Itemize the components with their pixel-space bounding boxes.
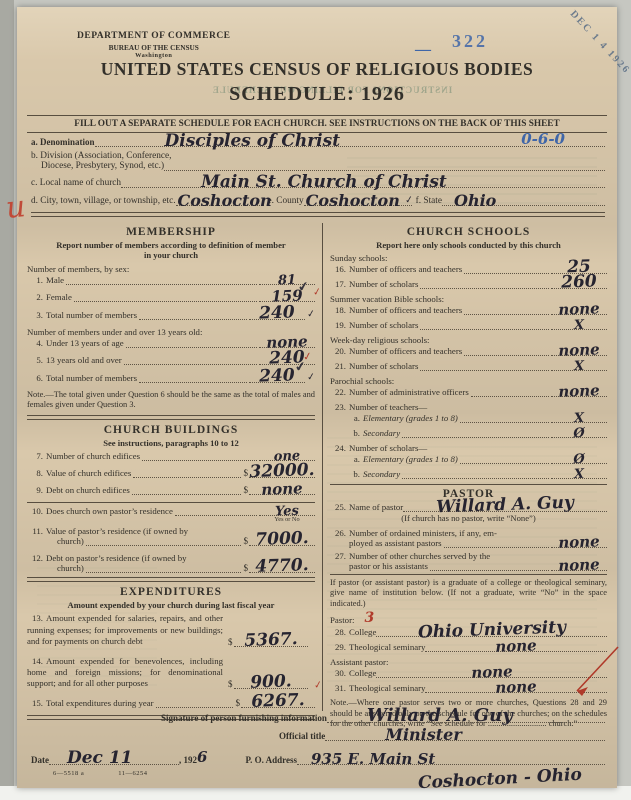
q5-row: 5. 13 years old and over 240 [27, 355, 315, 365]
dollar-sign: $ [244, 468, 249, 478]
q24b-row: b. Secondary X [330, 469, 607, 479]
q14-row: 14. Amount expended for benevolences, in… [27, 656, 315, 690]
dotted-leader [460, 461, 549, 464]
dotted-leader [132, 492, 241, 495]
po-address-value: 935 E. Main St [311, 752, 435, 767]
q19-answer: X [574, 319, 585, 332]
q24b-answer-line: X [551, 476, 607, 479]
q12-label: Debt on pastor’s residence (if owned by [46, 553, 187, 563]
q13-answer: 5367. [244, 631, 298, 650]
field-location-line: d. City, town, village, or township, etc… [31, 196, 605, 206]
q1-answer-line: 81 [259, 282, 315, 285]
q9-number: 9. [27, 485, 43, 495]
q25-number: 25. [330, 502, 346, 512]
q16-label: Number of officers and teachers [349, 264, 462, 274]
q15-label: Total expenditures during year [46, 698, 154, 708]
form-title: UNITED STATES CENSUS OF RELIGIOUS BODIES [17, 59, 617, 80]
dotted-leader [471, 394, 549, 397]
q15-row: 15. Total expenditures during year $ 626… [27, 698, 315, 708]
q31-answer: none [495, 679, 537, 695]
expenditures-subtitle: Amount expended by your church during la… [31, 600, 311, 610]
q20-answer: none [558, 343, 600, 359]
q23a-label: Elementary (grades 1 to 8) [363, 413, 458, 423]
q22-number: 22. [330, 387, 346, 397]
q14-answer-box: 900. [234, 686, 308, 689]
q3-number: 3. [27, 310, 43, 320]
sunday-schools-heading: Sunday schools: [330, 253, 607, 263]
q11-label: Value of pastor’s residence (if owned by [46, 526, 188, 536]
dotted-leader [86, 543, 241, 546]
q23b-number: b. [330, 428, 360, 438]
membership-subtitle: Report number of members according to de… [56, 240, 286, 261]
q29-label: Theological seminary [349, 642, 425, 652]
q1-number: 1. [27, 275, 43, 285]
q31-label: Theological seminary [349, 683, 425, 693]
q13-label: Amount expended for salaries, repairs, a… [27, 613, 223, 646]
q23b-answer-line: Ø [551, 435, 607, 438]
q21-label: Number of scholars [349, 361, 418, 371]
q22-answer-line: none [551, 394, 607, 397]
q27-row: 27. Number of other churches served by t… [330, 551, 607, 571]
q10-number: 10. [27, 506, 43, 516]
q10-answer-line: Yes Yes or No [259, 513, 315, 516]
dotted-leader [66, 282, 257, 285]
q18-number: 18. [330, 305, 346, 315]
q19-number: 19. [330, 320, 346, 330]
q20-label: Number of officers and teachers [349, 346, 462, 356]
q11-answer: 7000. [255, 530, 309, 549]
dotted-leader [175, 513, 257, 516]
q23b-answer: Ø [573, 427, 585, 440]
dotted-leader [142, 458, 257, 461]
q1-label: Male [46, 275, 64, 285]
q24a-answer-line: Ø [551, 461, 607, 464]
q9-label: Debt on church edifices [46, 485, 130, 495]
county-check-mark: ✓ [405, 194, 415, 206]
dotted-leader [74, 299, 257, 302]
form-body-columns: MEMBERSHIP Report number of members acco… [27, 223, 607, 711]
photo-edge [0, 786, 631, 800]
schools-title: CHURCH SCHOOLS [330, 226, 607, 238]
q8-number: 8. [27, 468, 43, 478]
q6-answer: 240 [259, 367, 295, 385]
q26-answer-line: none [551, 545, 607, 548]
county-value: Coshocton [306, 193, 400, 209]
members-by-sex-heading: Number of members, by sex: [27, 264, 315, 274]
right-column: CHURCH SCHOOLS Report here only schools … [323, 223, 607, 711]
dotted-leader [464, 312, 549, 315]
q3-check-mark: ✓ [306, 308, 316, 320]
denomination-value: Disciples of Christ [165, 133, 341, 150]
dotted-leader [464, 271, 549, 274]
q26-answer: none [558, 534, 600, 550]
q8-label: Value of church edifices [46, 468, 131, 478]
q7-label: Number of church edifices [46, 451, 140, 461]
q17-label: Number of scholars [349, 279, 418, 289]
q6-number: 6. [27, 373, 43, 383]
q21-answer-line: X [551, 368, 607, 371]
q21-number: 21. [330, 361, 346, 371]
q23-label: Number of teachers— [349, 402, 427, 412]
q5-label: 13 years old and over [46, 355, 122, 365]
q11-answer-line: 7000. [249, 543, 315, 546]
red-pencil-3: 3 [364, 611, 374, 625]
q13-number: 13. [27, 613, 43, 624]
q29-answer: none [495, 638, 537, 654]
q6-check-mark: ✓ [306, 371, 316, 383]
signature-line: Willard A. Guy [327, 719, 605, 723]
q24a-answer: Ø [573, 453, 585, 466]
q27-answer-line: none [551, 568, 607, 571]
q3-answer: 240 [259, 304, 295, 322]
division-label-line2: Diocese, Presbytery, Synod, etc.) [41, 161, 164, 171]
dotted-leader [420, 327, 549, 330]
dotted-leader [444, 545, 549, 548]
denomination-answer-line: Disciples of Christ 0-6-0 [95, 143, 605, 147]
q9-answer: none [261, 481, 303, 497]
dotted-leader [430, 568, 549, 571]
dollar-sign: $ [244, 536, 249, 546]
dotted-leader [464, 353, 549, 356]
q3-row: 3. Total number of members 240 ✓ [27, 309, 315, 320]
q19-answer-line: X [551, 327, 607, 330]
q14-answer-line: $ 900. [227, 679, 315, 689]
q9-row: 9. Debt on church edifices $ none [27, 485, 315, 495]
dotted-leader [420, 368, 549, 371]
signature-row: Signature of person furnishing informati… [31, 713, 605, 723]
q14-label: Amount expended for benevolences, includ… [27, 656, 223, 689]
po-address-label: P. O. Address [245, 755, 297, 765]
q23a-number: a. [330, 413, 360, 423]
section-divider [27, 577, 315, 582]
q23b-row: b. Secondary Ø [330, 428, 607, 438]
form-schedule-year: SCHEDULE: 1926 [17, 83, 617, 106]
q12-number: 12. [27, 553, 43, 563]
q19-row: 19. Number of scholars X [330, 320, 607, 330]
q30-answer-line: none [376, 675, 607, 678]
printed-year: , 192 [179, 755, 197, 765]
expenditures-title: EXPENDITURES [27, 586, 315, 598]
q11-row: 11. Value of pastor’s residence (if owne… [27, 526, 315, 546]
q12-answer-line: 4770. [249, 570, 315, 573]
q17-answer: 260 [561, 274, 597, 292]
census-schedule-paper: INSTRUCTIONS FOR FILLING OUT SCHEDULE DE… [17, 7, 617, 788]
print-code: 11—6254 [118, 770, 147, 788]
state-answer-line: Ohio [442, 202, 605, 206]
buildings-title: CHURCH BUILDINGS [27, 424, 315, 436]
q1-row: 1. Male 81 [27, 275, 315, 285]
official-title-line: Minister [325, 737, 605, 741]
dotted-leader [139, 317, 247, 320]
q29-number: 29. [330, 642, 346, 652]
q21-answer: X [574, 360, 585, 373]
q20-number: 20. [330, 346, 346, 356]
q27-label: Number of other churches served by the [349, 551, 490, 561]
q28-answer-line: Ohio University [376, 634, 607, 637]
membership-title: MEMBERSHIP [27, 226, 315, 238]
church-name-value: Main St. Church of Christ [201, 174, 447, 191]
division-label-line1: b. Division (Association, Conference, [31, 151, 605, 161]
county-answer-line: Coshocton ✓ [304, 202, 412, 206]
q2-label: Female [46, 292, 72, 302]
q30-label: College [349, 668, 376, 678]
q25-answer-line: Willard A. Guy [403, 509, 607, 512]
date-value: Dec 11 [67, 750, 133, 767]
q12-label2: church) [57, 563, 84, 573]
q18-answer: none [558, 302, 600, 318]
q8-answer-line: 32000. [249, 475, 315, 478]
q28-label: College [349, 627, 376, 637]
q13-answer-line: $ 5367. [227, 637, 315, 647]
q17-answer-line: 260 [551, 286, 607, 289]
bureau-name: BUREAU OF THE CENSUS [77, 43, 231, 52]
q5-number: 5. [27, 355, 43, 365]
q30-row: 30. College none [330, 668, 607, 678]
date-line: Dec 11 [49, 761, 179, 765]
q3-answer-line: 240 [249, 317, 305, 320]
q28-answer: Ohio University [417, 620, 565, 642]
dollar-sign: $ [228, 679, 233, 689]
official-title-row: Official title Minister [31, 731, 605, 741]
footer-bottom-row: 6—5518 a 11—6254 Coshocton - Ohio [31, 769, 605, 788]
q23a-answer-line: X [551, 420, 607, 423]
q14-number: 14. [27, 656, 43, 667]
city-label: d. City, town, village, or township, etc… [31, 196, 176, 206]
section-divider [31, 212, 605, 217]
left-column: MEMBERSHIP Report number of members acco… [27, 223, 322, 711]
q25-label: Name of pastor [349, 502, 403, 512]
q27-answer: none [558, 557, 600, 573]
q15-answer-line: 6267. [241, 705, 315, 708]
q12-row: 12. Debt on pastor’s residence (if owned… [27, 553, 315, 573]
division-answer-line [164, 167, 605, 171]
q18-answer-line: none [551, 312, 607, 315]
q6-row: 6. Total number of members 240 ✓ [27, 372, 315, 383]
q6-label: Total number of members [46, 373, 137, 383]
q29-row: 29. Theological seminary none [330, 642, 607, 652]
dotted-leader [156, 705, 233, 708]
dotted-leader [420, 286, 549, 289]
photo-of-census-form: INSTRUCTIONS FOR FILLING OUT SCHEDULE DE… [0, 0, 631, 800]
official-title-label: Official title [279, 731, 325, 741]
q24-number: 24. [330, 443, 346, 453]
q8-row: 8. Value of church edifices $ 32000. [27, 468, 315, 478]
dotted-leader [402, 476, 549, 479]
q30-number: 30. [330, 668, 346, 678]
dotted-leader [139, 380, 247, 383]
membership-note: Note.—The total given under Question 6 s… [27, 390, 315, 411]
q22-answer: none [558, 384, 600, 400]
q29-answer-line: none [425, 649, 607, 652]
q5-answer-line: 240 [259, 362, 315, 365]
field-denomination: a. Denomination Disciples of Christ 0-6-… [31, 137, 605, 147]
q31-answer-line: none [425, 690, 607, 693]
dotted-leader [124, 362, 257, 365]
dollar-sign: $ [236, 698, 241, 708]
q24a-label: Elementary (grades 1 to 8) [363, 454, 458, 464]
dollar-sign: $ [228, 637, 233, 647]
q26-row: 26. Number of ordained ministers, if any… [330, 528, 607, 548]
q15-answer: 6267. [251, 692, 305, 711]
q7-number: 7. [27, 451, 43, 461]
date-address-row: Date Dec 11 , 192 6 P. O. Address 935 E.… [31, 750, 605, 765]
q21-row: 21. Number of scholars X [330, 361, 607, 371]
dotted-leader [460, 420, 549, 423]
q24-row: 24. Number of scholars— [330, 443, 607, 453]
dotted-leader [86, 570, 241, 573]
q20-answer-line: none [551, 353, 607, 356]
graduate-instruction: If pastor (or assistant pastor) is a gra… [330, 578, 607, 610]
q23a-row: a. Elementary (grades 1 to 8) X [330, 413, 607, 423]
pastor-heading: Pastor: [330, 615, 354, 625]
identification-fields: a. Denomination Disciples of Christ 0-6-… [31, 137, 605, 221]
date-label: Date [31, 755, 49, 765]
denomination-label: a. Denomination [31, 137, 95, 147]
church-name-answer-line: Main St. Church of Christ [121, 184, 605, 188]
schools-subtitle: Report here only schools conducted by th… [334, 240, 603, 250]
q9-answer-line: none [249, 492, 315, 495]
signature-label: Signature of person furnishing informati… [161, 713, 327, 723]
signature-value: Willard A. Guy [367, 707, 513, 725]
q24a-row: a. Elementary (grades 1 to 8) Ø [330, 454, 607, 464]
q8-answer: 32000. [249, 462, 315, 481]
q2-answer-line: 159 [259, 299, 315, 302]
q2-row: 2. Female 159 [27, 292, 315, 302]
q18-label: Number of officers and teachers [349, 305, 462, 315]
q14-answer: 900. [250, 673, 292, 691]
q24a-number: a. [330, 454, 360, 464]
q23-number: 23. [330, 402, 346, 412]
section-divider [27, 415, 315, 420]
subsection-rule [27, 502, 315, 503]
q6-answer-line: 240 [249, 380, 305, 383]
q10-row: 10. Does church own pastor’s residence Y… [27, 506, 315, 516]
q31-number: 31. [330, 683, 346, 693]
q3-label: Total number of members [46, 310, 137, 320]
q24b-number: b. [330, 469, 360, 479]
q7-row: 7. Number of church edifices one [27, 451, 315, 461]
q24-label: Number of scholars— [349, 443, 427, 453]
agency-block: DEPARTMENT OF COMMERCE BUREAU OF THE CEN… [77, 31, 231, 60]
page-number-stamp: 322 [452, 31, 488, 52]
q18-row: 18. Number of officers and teachers none [330, 305, 607, 315]
church-name-label: c. Local name of church [31, 178, 121, 188]
dotted-leader [126, 345, 257, 348]
q28-number: 28. [330, 627, 346, 637]
q1-answer: 81 [278, 273, 297, 287]
dollar-sign: $ [244, 563, 249, 573]
q26-label: Number of ordained ministers, if any, em… [349, 528, 497, 538]
subsection-rule [330, 484, 607, 485]
q19-label: Number of scholars [349, 320, 418, 330]
state-label: f. State [416, 196, 442, 206]
q11-number: 11. [27, 526, 43, 536]
city-answer-line: Coshocton [176, 202, 264, 206]
q22-label: Number of administrative officers [349, 387, 469, 397]
q13-answer-box: 5367. [234, 644, 308, 647]
field-church-name: c. Local name of church Main St. Church … [31, 178, 605, 188]
classification-code: 0-6-0 [521, 130, 565, 148]
q17-row: 17. Number of scholars 260 [330, 279, 607, 289]
department-name: DEPARTMENT OF COMMERCE [77, 31, 231, 43]
assistant-pastor-heading: Assistant pastor: [330, 657, 607, 667]
q13-row: 13. Amount expended for salaries, repair… [27, 613, 315, 647]
q16-number: 16. [330, 264, 346, 274]
q17-number: 17. [330, 279, 346, 289]
q23b-label: Secondary [363, 428, 400, 438]
q2-number: 2. [27, 292, 43, 302]
dotted-leader [402, 435, 549, 438]
q25-row: 25. Name of pastor Willard A. Guy [330, 502, 607, 512]
blue-pencil-dash: — [415, 41, 431, 59]
q12-answer: 4770. [255, 557, 309, 576]
q10-label: Does church own pastor’s residence [46, 506, 173, 516]
q22-row: 22. Number of administrative officers no… [330, 387, 607, 397]
field-division: b. Division (Association, Conference, Di… [31, 151, 605, 171]
city-value: Coshocton [178, 193, 272, 209]
q11-label2: church) [57, 536, 84, 546]
q26-number: 26. [330, 528, 346, 538]
q27-number: 27. [330, 551, 346, 561]
q31-row: 31. Theological seminary none [330, 683, 607, 693]
q27-label2: pastor or his assistants [349, 561, 428, 571]
county-label: e. County [268, 196, 304, 206]
buildings-subtitle: See instructions, paragraphs 10 to 12 [31, 438, 311, 448]
q15-number: 15. [27, 698, 43, 708]
official-title-value: Minister [385, 727, 462, 743]
form-number: 6—5518 a [53, 770, 84, 788]
red-margin-mark: u [4, 189, 27, 226]
yes-or-no-hint: Yes or No [274, 516, 299, 523]
q24b-label: Secondary [363, 469, 400, 479]
q28-row: 28. College Ohio University [330, 627, 607, 637]
written-year-digit: 6 [197, 750, 207, 765]
q24b-answer: X [574, 468, 585, 481]
q23a-answer: X [574, 412, 585, 425]
q20-row: 20. Number of officers and teachers none [330, 346, 607, 356]
q5-answer: 240 [269, 349, 305, 367]
q4-row: 4. Under 13 years of age none [27, 338, 315, 348]
dollar-sign: $ [244, 485, 249, 495]
q4-number: 4. [27, 338, 43, 348]
dotted-leader [133, 475, 240, 478]
q26-label2: ployed as assistant pastors [349, 538, 442, 548]
signature-block: Signature of person furnishing informati… [31, 713, 605, 788]
q4-label: Under 13 years of age [46, 338, 124, 348]
q23-row: 23. Number of teachers— [330, 402, 607, 412]
state-value: Ohio [454, 193, 496, 209]
po-address-line: 935 E. Main St [297, 761, 605, 765]
